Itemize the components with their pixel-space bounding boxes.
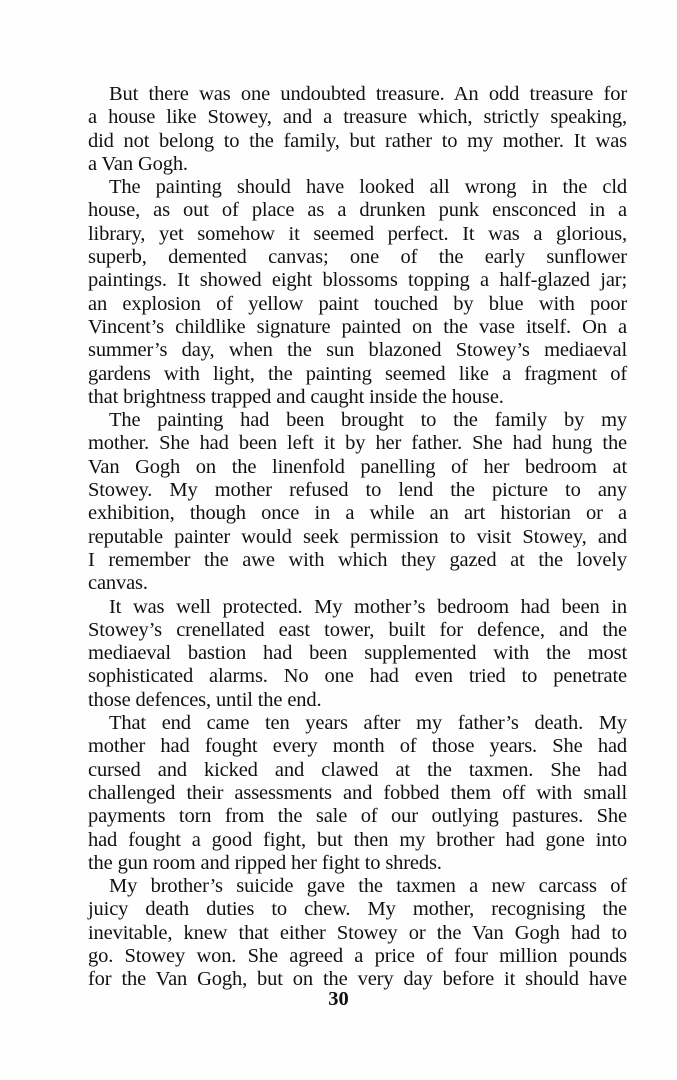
text-line: paintings. It showed eight blossoms topp… bbox=[88, 269, 627, 292]
paragraph-death-duties: My brother’s suicide gave the taxmen a n… bbox=[88, 875, 627, 991]
text-line: Stowey. My mother refused to lend the pi… bbox=[88, 479, 627, 502]
paragraph-the-end: That end came ten years after my father’… bbox=[88, 712, 627, 875]
text-line: But there was one undoubted treasure. An… bbox=[88, 83, 627, 106]
text-line: challenged their assessments and fobbed … bbox=[88, 782, 627, 805]
text-line: reputable painter would seek permission … bbox=[88, 526, 627, 549]
text-line: those defences, until the end. bbox=[88, 689, 627, 712]
text-line: mother had fought every month of those y… bbox=[88, 735, 627, 758]
paragraph-treasure: But there was one undoubted treasure. An… bbox=[88, 83, 627, 176]
text-line: I remember the awe with which they gazed… bbox=[88, 549, 627, 572]
paragraph-painting-origin: The painting had been brought to the fam… bbox=[88, 409, 627, 595]
text-line: My brother’s suicide gave the taxmen a n… bbox=[88, 875, 627, 898]
text-line: had fought a good fight, but then my bro… bbox=[88, 829, 627, 852]
text-line: summer’s day, when the sun blazoned Stow… bbox=[88, 339, 627, 362]
text-line: gardens with light, the painting seemed … bbox=[88, 363, 627, 386]
text-line: library, yet somehow it seemed perfect. … bbox=[88, 223, 627, 246]
text-line: It was well protected. My mother’s bedro… bbox=[88, 596, 627, 619]
text-line: did not belong to the family, but rather… bbox=[88, 130, 627, 153]
text-line: sophisticated alarms. No one had even tr… bbox=[88, 665, 627, 688]
text-line: go. Stowey won. She agreed a price of fo… bbox=[88, 945, 627, 968]
text-line: The painting had been brought to the fam… bbox=[88, 409, 627, 432]
text-line: payments torn from the sale of our outly… bbox=[88, 805, 627, 828]
text-line: canvas. bbox=[88, 572, 627, 595]
text-line: mother. She had been left it by her fath… bbox=[88, 432, 627, 455]
text-line: house, as out of place as a drunken punk… bbox=[88, 199, 627, 222]
text-line: Stowey’s crenellated east tower, built f… bbox=[88, 619, 627, 642]
text-line: the gun room and ripped her fight to shr… bbox=[88, 852, 627, 875]
page-number: 30 bbox=[0, 988, 677, 1011]
text-line: mediaeval bastion had been supplemented … bbox=[88, 642, 627, 665]
text-line: that brightness trapped and caught insid… bbox=[88, 386, 627, 409]
text-line: an explosion of yellow paint touched by … bbox=[88, 293, 627, 316]
text-line: Vincent’s childlike signature painted on… bbox=[88, 316, 627, 339]
text-line: a Van Gogh. bbox=[88, 153, 627, 176]
text-line: exhibition, though once in a while an ar… bbox=[88, 502, 627, 525]
text-line: superb, demented canvas; one of the earl… bbox=[88, 246, 627, 269]
text-line: The painting should have looked all wron… bbox=[88, 176, 627, 199]
paragraph-protection: It was well protected. My mother’s bedro… bbox=[88, 596, 627, 712]
text-line: cursed and kicked and clawed at the taxm… bbox=[88, 759, 627, 782]
paragraph-painting-description: The painting should have looked all wron… bbox=[88, 176, 627, 409]
text-line: inevitable, knew that either Stowey or t… bbox=[88, 922, 627, 945]
text-line: a house like Stowey, and a treasure whic… bbox=[88, 106, 627, 129]
book-page-text: But there was one undoubted treasure. An… bbox=[88, 83, 627, 992]
text-line: That end came ten years after my father’… bbox=[88, 712, 627, 735]
text-line: Van Gogh on the linenfold panelling of h… bbox=[88, 456, 627, 479]
text-line: juicy death duties to chew. My mother, r… bbox=[88, 898, 627, 921]
